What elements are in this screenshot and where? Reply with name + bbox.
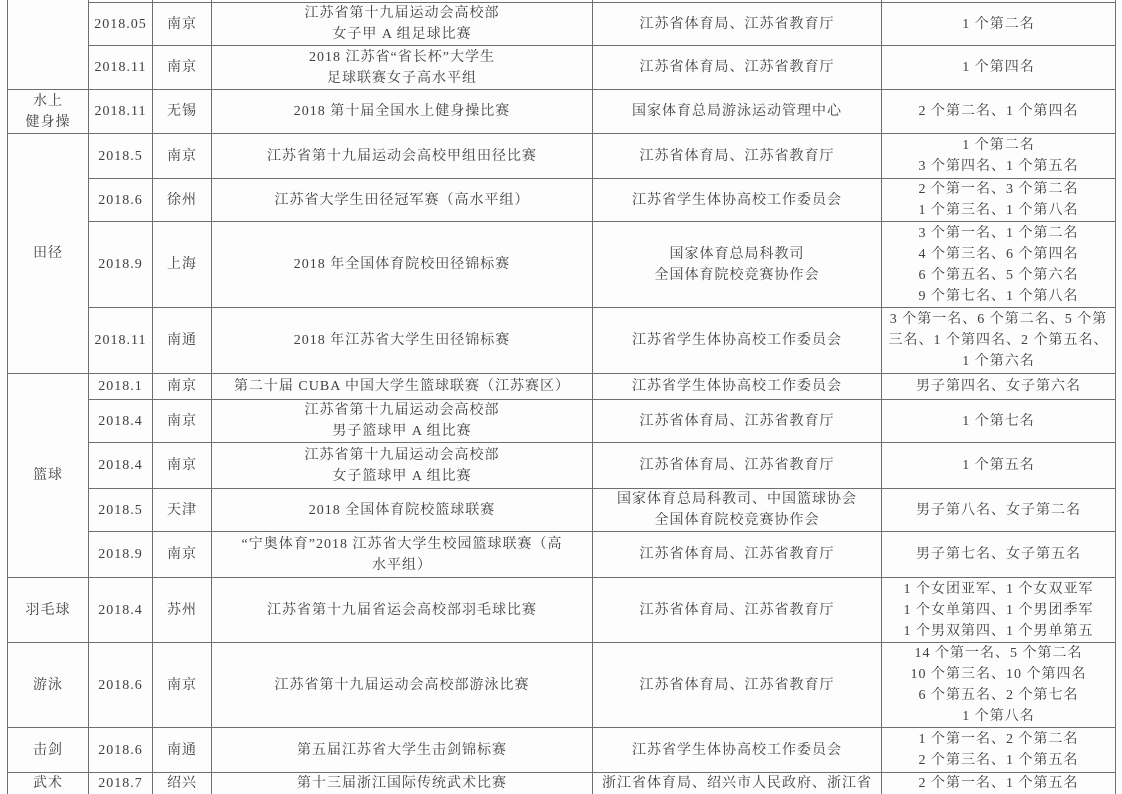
table-row: 击剑 2018.6 南通 第五届江苏省大学生击剑锦标赛 江苏省学生体协高校工作委… (8, 728, 1116, 773)
competition-cell: 江苏省第十九届运动会高校部游泳比赛 (212, 643, 593, 728)
competition-cell: 江苏省第十九届运动会高校部 女子甲 A 组足球比赛 (212, 3, 593, 46)
city-cell: 徐州 (153, 179, 212, 222)
organizer-cell: 江苏省学生体协高校工作委员会 (593, 308, 882, 374)
table-row: 2018.11 南通 2018 年江苏省大学生田径锦标赛 江苏省学生体协高校工作… (8, 308, 1116, 374)
city-cell: 南京 (153, 643, 212, 728)
table-row: 2018.05 南京 江苏省第十九届运动会高校部 女子甲 A 组足球比赛 江苏省… (8, 3, 1116, 46)
date-cell: 2018.5 (89, 489, 153, 532)
city-cell: 天津 (153, 489, 212, 532)
table-row: 2018.9 上海 2018 年全国体育院校田径锦标赛 国家体育总局科教司 全国… (8, 222, 1116, 308)
result-cell: 1 个第四名 (882, 46, 1116, 90)
table-row: 羽毛球 2018.4 苏州 江苏省第十九届省运会高校部羽毛球比赛 江苏省体育局、… (8, 578, 1116, 643)
table-row: 2018.5 天津 2018 全国体育院校篮球联赛 国家体育总局科教司、中国篮球… (8, 489, 1116, 532)
result-cell: 1 个第一名、2 个第二名 2 个第三名、1 个第五名 (882, 728, 1116, 773)
organizer-cell: 国家体育总局科教司 全国体育院校竞赛协作会 (593, 222, 882, 308)
result-cell: 3 个第一名、6 个第二名、5 个第 三名、1 个第四名、2 个第五名、 1 个… (882, 308, 1116, 374)
city-cell: 南通 (153, 728, 212, 773)
result-cell: 1 个第五名 (882, 443, 1116, 489)
date-cell: 2018.1 (89, 374, 153, 400)
date-cell: 2018.9 (89, 532, 153, 578)
competition-cell: 2018 全国体育院校篮球联赛 (212, 489, 593, 532)
competition-results-table: 2018.05 南京 江苏省第十九届运动会高校部 女子甲 A 组足球比赛 江苏省… (7, 0, 1116, 794)
table-row: 篮球 2018.1 南京 第二十届 CUBA 中国大学生篮球联赛（江苏赛区） 江… (8, 374, 1116, 400)
result-cell: 1 个第七名 (882, 400, 1116, 443)
result-cell: 1 个女团亚军、1 个女双亚军 1 个女单第四、1 个男团季军 1 个男双第四、… (882, 578, 1116, 643)
organizer-cell: 江苏省体育局、江苏省教育厅 (593, 3, 882, 46)
organizer-cell: 江苏省体育局、江苏省教育厅 (593, 443, 882, 489)
category-cell: 游泳 (8, 643, 89, 728)
organizer-cell: 国家体育总局科教司、中国篮球协会 全国体育院校竞赛协作会 (593, 489, 882, 532)
date-cell: 2018.6 (89, 643, 153, 728)
organizer-cell: 江苏省学生体协高校工作委员会 (593, 728, 882, 773)
table-row: 2018.11 南京 2018 江苏省“省长杯”大学生 足球联赛女子高水平组 江… (8, 46, 1116, 90)
result-cell: 14 个第一名、5 个第二名 10 个第三名、10 个第四名 6 个第五名、2 … (882, 643, 1116, 728)
organizer-cell: 江苏省体育局、江苏省教育厅 (593, 400, 882, 443)
table-row: 2018.4 南京 江苏省第十九届运动会高校部 男子篮球甲 A 组比赛 江苏省体… (8, 400, 1116, 443)
competition-cell: 第二十届 CUBA 中国大学生篮球联赛（江苏赛区） (212, 374, 593, 400)
result-cell: 1 个第二名 3 个第四名、1 个第五名 (882, 134, 1116, 179)
table-row: 2018.6 徐州 江苏省大学生田径冠军赛（高水平组） 江苏省学生体协高校工作委… (8, 179, 1116, 222)
date-cell: 2018.6 (89, 728, 153, 773)
city-cell: 南京 (153, 443, 212, 489)
category-cell: 武术 (8, 773, 89, 794)
organizer-cell: 江苏省学生体协高校工作委员会 (593, 179, 882, 222)
competition-cell: 江苏省第十九届运动会高校甲组田径比赛 (212, 134, 593, 179)
competition-cell: 江苏省第十九届运动会高校部 女子篮球甲 A 组比赛 (212, 443, 593, 489)
competition-cell: 2018 第十届全国水上健身操比赛 (212, 90, 593, 134)
document-page: 2018.05 南京 江苏省第十九届运动会高校部 女子甲 A 组足球比赛 江苏省… (0, 0, 1122, 794)
result-cell: 1 个第二名 (882, 3, 1116, 46)
result-cell: 2 个第一名、1 个第五名 (882, 773, 1116, 794)
category-cell: 篮球 (8, 374, 89, 578)
competition-cell: “宁奥体育”2018 江苏省大学生校园篮球联赛（高 水平组） (212, 532, 593, 578)
result-cell: 2 个第一名、3 个第二名 1 个第三名、1 个第八名 (882, 179, 1116, 222)
table-row: 2018.4 南京 江苏省第十九届运动会高校部 女子篮球甲 A 组比赛 江苏省体… (8, 443, 1116, 489)
city-cell: 南京 (153, 374, 212, 400)
organizer-cell: 江苏省体育局、江苏省教育厅 (593, 46, 882, 90)
city-cell: 上海 (153, 222, 212, 308)
date-cell: 2018.4 (89, 443, 153, 489)
result-cell: 男子第四名、女子第六名 (882, 374, 1116, 400)
competition-cell: 第五届江苏省大学生击剑锦标赛 (212, 728, 593, 773)
result-cell: 男子第七名、女子第五名 (882, 532, 1116, 578)
date-cell: 2018.11 (89, 308, 153, 374)
organizer-cell: 浙江省体育局、绍兴市人民政府、浙江省 (593, 773, 882, 794)
table-row: 2018.9 南京 “宁奥体育”2018 江苏省大学生校园篮球联赛（高 水平组）… (8, 532, 1116, 578)
city-cell: 南京 (153, 3, 212, 46)
city-cell: 南京 (153, 134, 212, 179)
city-cell: 南京 (153, 400, 212, 443)
competition-cell: 第十三届浙江国际传统武术比赛 (212, 773, 593, 794)
organizer-cell: 江苏省体育局、江苏省教育厅 (593, 134, 882, 179)
date-cell: 2018.11 (89, 90, 153, 134)
competition-cell: 江苏省大学生田径冠军赛（高水平组） (212, 179, 593, 222)
competition-cell: 2018 年全国体育院校田径锦标赛 (212, 222, 593, 308)
result-cell: 3 个第一名、1 个第二名 4 个第三名、6 个第四名 6 个第五名、5 个第六… (882, 222, 1116, 308)
date-cell: 2018.4 (89, 578, 153, 643)
table-row: 田径 2018.5 南京 江苏省第十九届运动会高校甲组田径比赛 江苏省体育局、江… (8, 134, 1116, 179)
table-row: 武术 2018.7 绍兴 第十三届浙江国际传统武术比赛 浙江省体育局、绍兴市人民… (8, 773, 1116, 794)
city-cell: 苏州 (153, 578, 212, 643)
date-cell: 2018.6 (89, 179, 153, 222)
date-cell: 2018.11 (89, 46, 153, 90)
city-cell: 绍兴 (153, 773, 212, 794)
table-row: 游泳 2018.6 南京 江苏省第十九届运动会高校部游泳比赛 江苏省体育局、江苏… (8, 643, 1116, 728)
organizer-cell: 江苏省体育局、江苏省教育厅 (593, 532, 882, 578)
category-cell (8, 0, 89, 90)
city-cell: 无锡 (153, 90, 212, 134)
competition-cell: 江苏省第十九届运动会高校部 男子篮球甲 A 组比赛 (212, 400, 593, 443)
competition-cell: 2018 江苏省“省长杯”大学生 足球联赛女子高水平组 (212, 46, 593, 90)
table-row: 水上 健身操 2018.11 无锡 2018 第十届全国水上健身操比赛 国家体育… (8, 90, 1116, 134)
category-cell: 击剑 (8, 728, 89, 773)
result-cell: 2 个第二名、1 个第四名 (882, 90, 1116, 134)
result-cell: 男子第八名、女子第二名 (882, 489, 1116, 532)
organizer-cell: 江苏省学生体协高校工作委员会 (593, 374, 882, 400)
date-cell: 2018.4 (89, 400, 153, 443)
organizer-cell: 江苏省体育局、江苏省教育厅 (593, 643, 882, 728)
organizer-cell: 江苏省体育局、江苏省教育厅 (593, 578, 882, 643)
city-cell: 南京 (153, 46, 212, 90)
date-cell: 2018.9 (89, 222, 153, 308)
date-cell: 2018.5 (89, 134, 153, 179)
category-cell: 田径 (8, 134, 89, 374)
organizer-cell: 国家体育总局游泳运动管理中心 (593, 90, 882, 134)
competition-cell: 2018 年江苏省大学生田径锦标赛 (212, 308, 593, 374)
date-cell: 2018.7 (89, 773, 153, 794)
date-cell: 2018.05 (89, 3, 153, 46)
city-cell: 南通 (153, 308, 212, 374)
city-cell: 南京 (153, 532, 212, 578)
category-cell: 羽毛球 (8, 578, 89, 643)
category-cell: 水上 健身操 (8, 90, 89, 134)
competition-cell: 江苏省第十九届省运会高校部羽毛球比赛 (212, 578, 593, 643)
